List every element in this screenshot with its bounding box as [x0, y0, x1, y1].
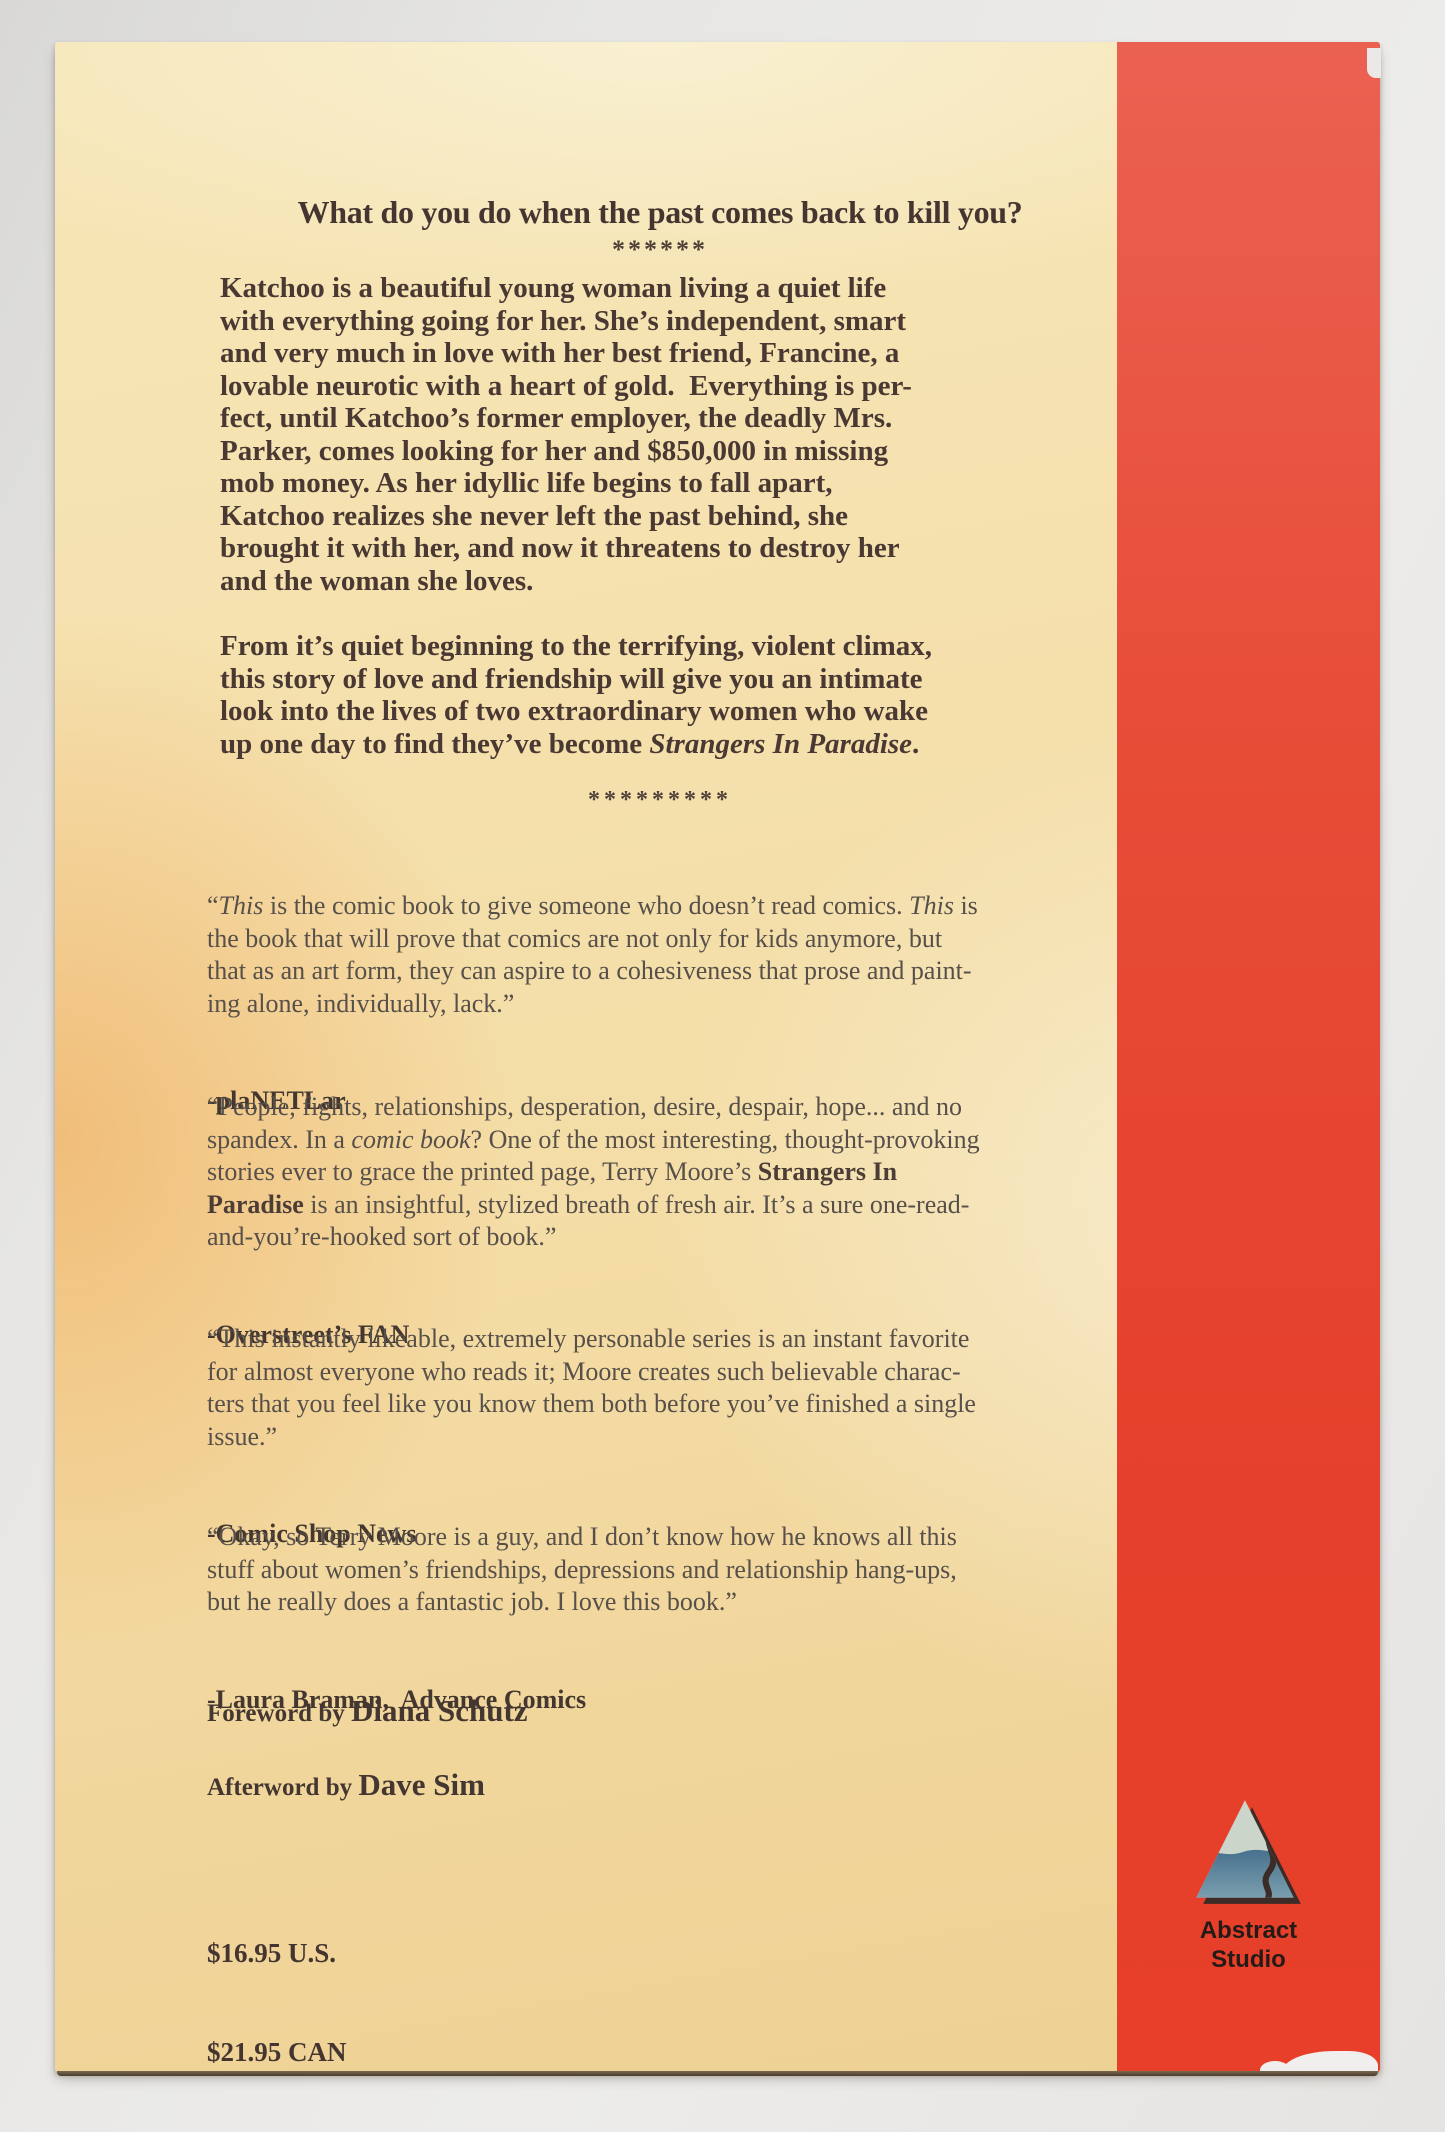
photo-backdrop: What do you do when the past comes back …: [0, 0, 1445, 2132]
quote-italic: comic book: [351, 1125, 470, 1154]
book-back-cover: What do you do when the past comes back …: [55, 42, 1380, 2072]
publisher-logo: Abstract Studio: [1117, 1796, 1380, 1974]
quote-text: is an insightful, stylized breath of fre…: [207, 1190, 969, 1252]
price-can: $21.95 CAN: [207, 2036, 347, 2069]
star-divider-middle: *********: [215, 786, 1105, 814]
review-quote-text: “Okay, so Terry Moore is a guy, and I do…: [207, 1521, 1167, 1619]
spine-stripe: Abstract Studio: [1117, 42, 1380, 2072]
price-block: $16.95 U.S. $21.95 CAN: [207, 1871, 347, 2132]
review-quote-text: “This instantly likeable, extremely pers…: [207, 1323, 1167, 1453]
review-quote-advance-comics: “Okay, so Terry Moore is a guy, and I do…: [207, 1456, 1167, 1781]
headline: What do you do when the past comes back …: [215, 192, 1105, 232]
series-title-italic: Strangers In Paradise: [649, 728, 912, 760]
price-us: $16.95 U.S.: [207, 1937, 347, 1970]
afterword-label: Afterword by: [207, 1774, 358, 1801]
foreword-label: Foreword by: [207, 1700, 351, 1727]
afterword-name: Dave Sim: [358, 1767, 485, 1802]
review-quote-text: “People, fights, relationships, desperat…: [207, 1091, 1167, 1254]
damage-chip: [1282, 2051, 1378, 2072]
quote-italic: This: [909, 891, 954, 920]
corner-nick: [1367, 48, 1381, 78]
foreword-credit: Foreword by Diana Schutz: [207, 1693, 528, 1729]
quote-open: “: [207, 891, 219, 920]
mountain-triangle-icon: [1188, 1796, 1310, 1910]
quote-text: is the comic book to give someone who do…: [263, 891, 909, 920]
review-quote-text: “This is the comic book to give someone …: [207, 890, 1167, 1020]
publisher-name: Abstract Studio: [1200, 1916, 1297, 1974]
star-divider-top: ******: [215, 235, 1105, 265]
foreword-name: Diana Schutz: [351, 1693, 528, 1728]
synopsis-paragraph-2-tail: .: [912, 728, 919, 760]
afterword-credit: Afterword by Dave Sim: [207, 1767, 485, 1803]
synopsis-paragraph-2: From it’s quiet beginning to the terrify…: [220, 630, 1155, 760]
synopsis-paragraph-1: Katchoo is a beautiful young woman livin…: [220, 272, 1155, 597]
quote-italic: This: [219, 891, 264, 920]
